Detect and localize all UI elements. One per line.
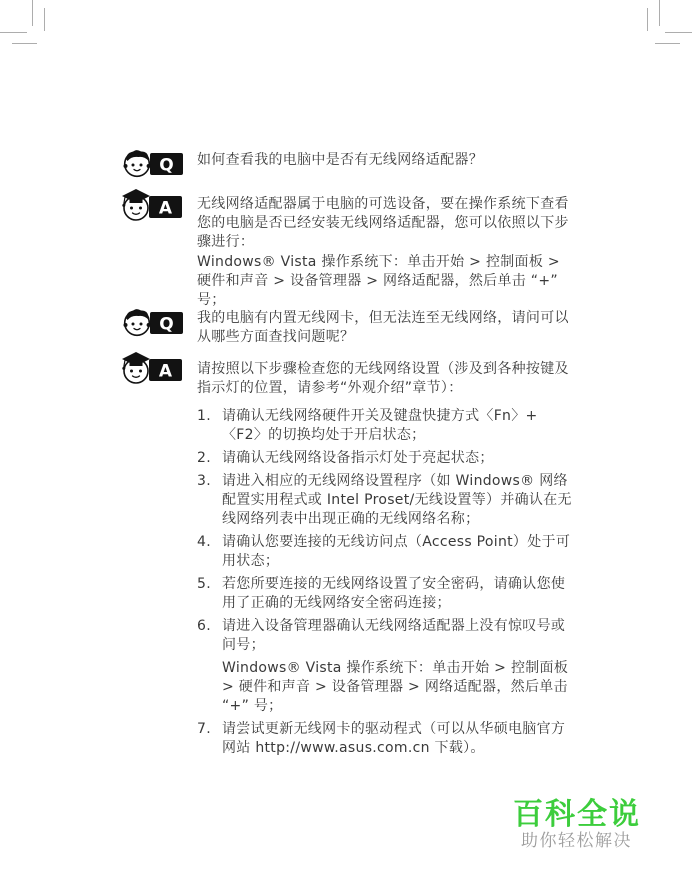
list-item-text: 请确认无线网络设备指示灯处于亮起状态；: [222, 449, 573, 468]
question-icon: Q: [122, 147, 184, 183]
list-item-text: 请进入相应的无线网络设置程序（如 Windows® 网络配置实用程式或 Inte…: [222, 472, 573, 529]
crop-mark-top-left-h1: [0, 32, 27, 33]
list-item-number: 3.: [197, 472, 222, 529]
list-item-number: 1.: [197, 407, 222, 445]
answer-1-body: 无线网络适配器属于电脑的可选设备，要在操作系统下查看您的电脑是否已经安装无线网络…: [197, 195, 573, 311]
list-item: 6. 请进入设备管理器确认无线网络适配器上没有惊叹号或问号；: [197, 617, 573, 655]
a-letter: A: [159, 362, 173, 382]
answer-2-body: 请按照以下步骤检查您的无线网络设置（涉及到各种按键及指示灯的位置，请参考“外观介…: [197, 360, 573, 762]
question-icon: Q: [122, 306, 184, 342]
document-page: Q 如何查看我的电脑中是否有无线网络适配器？ A 无线网络适配器属于电脑的可选设…: [0, 0, 692, 883]
list-item: 3. 请进入相应的无线网络设置程序（如 Windows® 网络配置实用程式或 I…: [197, 472, 573, 529]
question-2-text: 我的电脑有内置无线网卡，但无法连至无线网络，请问可以从哪些方面查找问题呢？: [197, 309, 573, 347]
answer-1-path: Windows® Vista 操作系统下：单击开始 > 控制面板 > 硬件和声音…: [197, 253, 573, 310]
q-letter: Q: [159, 156, 173, 176]
answer-icon: A: [120, 186, 184, 226]
list-item: 4. 请确认您要连接的无线访问点（Access Point）处于可用状态；: [197, 533, 573, 571]
list-item: 7. 请尝试更新无线网卡的驱动程式（可以从华硕电脑官方网站 http://www…: [197, 720, 573, 758]
answer-2-intro: 请按照以下步骤检查您的无线网络设置（涉及到各种按键及指示灯的位置，请参考“外观介…: [197, 360, 573, 398]
list-item-text: 请进入设备管理器确认无线网络适配器上没有惊叹号或问号；: [222, 617, 573, 655]
list-item-text: 若您所要连接的无线网络设置了安全密码，请确认您使用了正确的无线网络安全密码连接；: [222, 575, 573, 613]
crop-mark-top-right-h2: [655, 43, 680, 44]
list-item-number: 4.: [197, 533, 222, 571]
question-1-text: 如何查看我的电脑中是否有无线网络适配器？: [197, 151, 573, 170]
list-item-text: 请确认您要连接的无线访问点（Access Point）处于可用状态；: [222, 533, 573, 571]
crop-mark-top-right-v2: [647, 8, 648, 31]
answer-1-intro: 无线网络适配器属于电脑的可选设备，要在操作系统下查看您的电脑是否已经安装无线网络…: [197, 195, 573, 252]
list-item-number: 2.: [197, 449, 222, 468]
q-letter: Q: [159, 315, 173, 335]
list-item-text: 请尝试更新无线网卡的驱动程式（可以从华硕电脑官方网站 http://www.as…: [222, 720, 573, 758]
checklist: 1. 请确认无线网络硬件开关及键盘快捷方式〈Fn〉+〈F2〉的切换均处于开启状态…: [197, 407, 573, 758]
watermark-slogan: 助你轻松解决: [521, 826, 632, 851]
list-item: 2. 请确认无线网络设备指示灯处于亮起状态；: [197, 449, 573, 468]
crop-mark-top-left-v1: [32, 0, 33, 26]
crop-mark-top-right-v1: [659, 0, 660, 26]
list-item-text: 请确认无线网络硬件开关及键盘快捷方式〈Fn〉+〈F2〉的切换均处于开启状态；: [222, 407, 573, 445]
list-item: 1. 请确认无线网络硬件开关及键盘快捷方式〈Fn〉+〈F2〉的切换均处于开启状态…: [197, 407, 573, 445]
list-item: 5. 若您所要连接的无线网络设置了安全密码，请确认您使用了正确的无线网络安全密码…: [197, 575, 573, 613]
list-item-sub-path: Windows® Vista 操作系统下：单击开始 > 控制面板 > 硬件和声音…: [222, 659, 573, 716]
list-item-number: 6.: [197, 617, 222, 655]
crop-mark-top-left-h2: [12, 43, 37, 44]
crop-mark-top-right-h1: [665, 32, 692, 33]
crop-mark-top-left-v2: [44, 8, 45, 31]
list-item-number: 7.: [197, 720, 222, 758]
a-letter: A: [159, 199, 173, 219]
list-item-number: 5.: [197, 575, 222, 613]
answer-icon: A: [120, 349, 184, 389]
